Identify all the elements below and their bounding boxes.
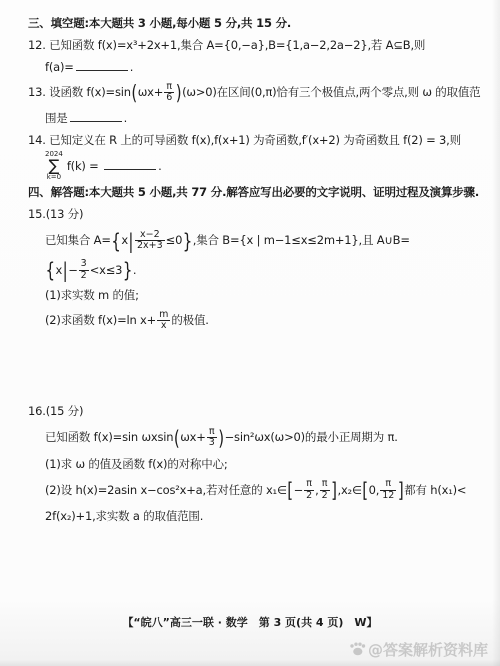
left-paren: ( bbox=[131, 78, 138, 107]
question-15-item-1: (1)求实数 m 的值; bbox=[28, 284, 484, 306]
q16-comma: , bbox=[315, 483, 318, 497]
q13-text-post: (ω>0)在区间(0,π)恰有三个极值点,两个零点,则 ω 的取值范 bbox=[182, 85, 480, 99]
q13-inner-expr: ωx+ bbox=[138, 85, 163, 99]
right-bracket: ] bbox=[397, 475, 404, 506]
question-15-line-2: {x|−32<x≤3}. bbox=[28, 256, 484, 285]
fraction-denominator: x bbox=[157, 321, 170, 331]
vertical-bar: | bbox=[128, 225, 134, 256]
question-14-line-1: 14. 已知定义在 R 上的可导函数 f(x),f(x+1) 为奇函数,f′(x… bbox=[28, 129, 484, 151]
fraction-numerator: π bbox=[304, 479, 314, 490]
answer-blank bbox=[70, 109, 122, 122]
q16-zero: 0, bbox=[369, 483, 380, 497]
fraction-pi-2: π2 bbox=[304, 479, 314, 501]
q16-item2-mid: ,x₂∈ bbox=[338, 483, 362, 497]
q16-text-pre: 已知函数 f(x)=sin ωxsin bbox=[45, 430, 173, 444]
fraction-pi-6: π6 bbox=[164, 82, 174, 104]
fraction-pi-3: π3 bbox=[207, 427, 217, 449]
page-content: 三、填空题:本大题共 3 小题,每小题 5 分,共 15 分. 12. 已知函数… bbox=[28, 12, 484, 527]
answer-blank bbox=[104, 157, 156, 170]
fraction-numerator: 3 bbox=[79, 259, 89, 270]
question-12-answer-line: f(a)=. bbox=[28, 56, 484, 78]
fraction-denominator: 2x+3 bbox=[135, 241, 165, 251]
left-bracket: [ bbox=[362, 475, 369, 506]
answer-blank bbox=[76, 58, 128, 71]
fraction-3-over-2: 32 bbox=[79, 259, 89, 281]
question-13-line-1: 13. 设函数 f(x)=sin(ωx+π6)(ω>0)在区间(0,π)恰有三个… bbox=[28, 78, 484, 107]
exam-page: 三、填空题:本大题共 3 小题,每小题 5 分,共 15 分. 12. 已知函数… bbox=[0, 0, 500, 666]
page-footer: 【“皖八”高三一联 · 数学 第 3 页(共 4 页) W】 bbox=[0, 614, 500, 630]
watermark-text: @答案解析资料库 bbox=[368, 639, 488, 660]
q13-text-pre: 13. 设函数 f(x)=sin bbox=[28, 85, 131, 99]
left-bracket: [ bbox=[287, 475, 294, 506]
right-bracket: ] bbox=[331, 475, 338, 506]
q16-inner-expr: ωx+ bbox=[180, 430, 205, 444]
sum-lower-limit: k=0 bbox=[47, 174, 61, 181]
question-16-line-1: 已知函数 f(x)=sin ωxsin(ωx+π3)−sin²ωx(ω>0)的最… bbox=[28, 422, 484, 453]
right-brace: } bbox=[122, 256, 133, 285]
q15-minus-sign: − bbox=[68, 263, 77, 277]
question-15-item-2: (2)求函数 f(x)=ln x+mx的极值. bbox=[28, 306, 484, 334]
question-15-line-1: 已知集合 A={x|x−22x+3≤0},集合 B={x | m−1≤x≤2m+… bbox=[28, 225, 484, 256]
fraction-denominator: 2 bbox=[304, 491, 314, 501]
q16-text-post: −sin²ωx(ω>0)的最小正周期为 π. bbox=[225, 430, 398, 444]
q13-answer-period: . bbox=[124, 111, 127, 125]
fraction-m-over-x: mx bbox=[157, 310, 170, 332]
question-16-title: 16.(15 分) bbox=[28, 400, 484, 422]
sigma-icon: ∑ bbox=[49, 158, 60, 174]
question-13-answer-line: 围是. bbox=[28, 107, 484, 129]
q14-answer-period: . bbox=[158, 159, 161, 173]
section-answer-header: 四、解答题:本大题共 5 小题,共 77 分.解答应写出必要的文字说明、证明过程… bbox=[28, 181, 484, 203]
q15-line2-period: . bbox=[133, 263, 136, 277]
watermark: @答案解析资料库 bbox=[349, 639, 488, 660]
fraction-numerator: π bbox=[320, 479, 330, 490]
q15-text-post: ,集合 B={x | m−1≤x≤2m+1},且 A∪B= bbox=[193, 233, 410, 247]
q15-item2-pre: (2)求函数 f(x)=ln x+ bbox=[45, 313, 156, 327]
q13-answer-prefix: 围是 bbox=[45, 111, 68, 125]
fraction-denominator: 3 bbox=[207, 438, 217, 448]
summation-symbol: 2024∑k=0 bbox=[45, 151, 63, 181]
fraction-denominator: 2 bbox=[320, 491, 330, 501]
fraction-denominator: 2 bbox=[79, 271, 89, 281]
section-fill-in-header: 三、填空题:本大题共 3 小题,每小题 5 分,共 15 分. bbox=[28, 12, 484, 34]
question-12-line-1: 12. 已知函数 f(x)=x³+2x+1,集合 A={0,−a},B={1,a… bbox=[28, 34, 484, 56]
right-paren: ) bbox=[218, 422, 225, 453]
q16-item2-post: 都有 h(x₁)< bbox=[404, 483, 466, 497]
q14-sum-expression: f(k) = bbox=[67, 159, 99, 173]
vertical-bar: | bbox=[62, 256, 68, 285]
question-16-item-2-line-2: 2f(x₂)+1,求实数 a 的取值范围. bbox=[28, 505, 484, 527]
q16-minus-sign: − bbox=[294, 483, 303, 497]
q15-set-var: x bbox=[121, 233, 128, 247]
right-paren: ) bbox=[175, 78, 182, 107]
left-paren: ( bbox=[173, 422, 180, 453]
q15-interval-post: <x≤3 bbox=[90, 263, 123, 277]
fraction-denominator: 12 bbox=[380, 491, 396, 501]
fraction-numerator: π bbox=[380, 479, 396, 490]
fraction-pi-12: π12 bbox=[380, 479, 396, 501]
q16-item2-pre: (2)设 h(x)=2asin x−cos²x+a,若对任意的 x₁∈ bbox=[45, 483, 287, 497]
fraction-denominator: 6 bbox=[164, 93, 174, 103]
fraction-pi-2: π2 bbox=[320, 479, 330, 501]
question-16-item-2-line-1: (2)设 h(x)=2asin x−cos²x+a,若对任意的 x₁∈[−π2,… bbox=[28, 475, 484, 506]
q12-answer-prefix: f(a)= bbox=[45, 60, 74, 74]
question-14-sum-line: 2024∑k=0f(k) = . bbox=[28, 151, 484, 182]
left-brace: { bbox=[111, 225, 122, 256]
fraction-x-2-over-2x-3: x−22x+3 bbox=[135, 230, 165, 252]
q15-leq-zero: ≤0 bbox=[166, 233, 183, 247]
left-brace: { bbox=[45, 256, 56, 285]
q15-item2-post: 的极值. bbox=[171, 313, 208, 327]
question-16-item-1: (1)求 ω 的值及函数 f(x)的对称中心; bbox=[28, 453, 484, 475]
q15-set-var-2: x bbox=[56, 263, 63, 277]
right-brace: } bbox=[182, 225, 193, 256]
question-15-title: 15.(13 分) bbox=[28, 203, 484, 225]
q12-answer-period: . bbox=[130, 60, 133, 74]
q15-text-pre: 已知集合 A= bbox=[45, 233, 111, 247]
paw-icon bbox=[349, 642, 366, 657]
